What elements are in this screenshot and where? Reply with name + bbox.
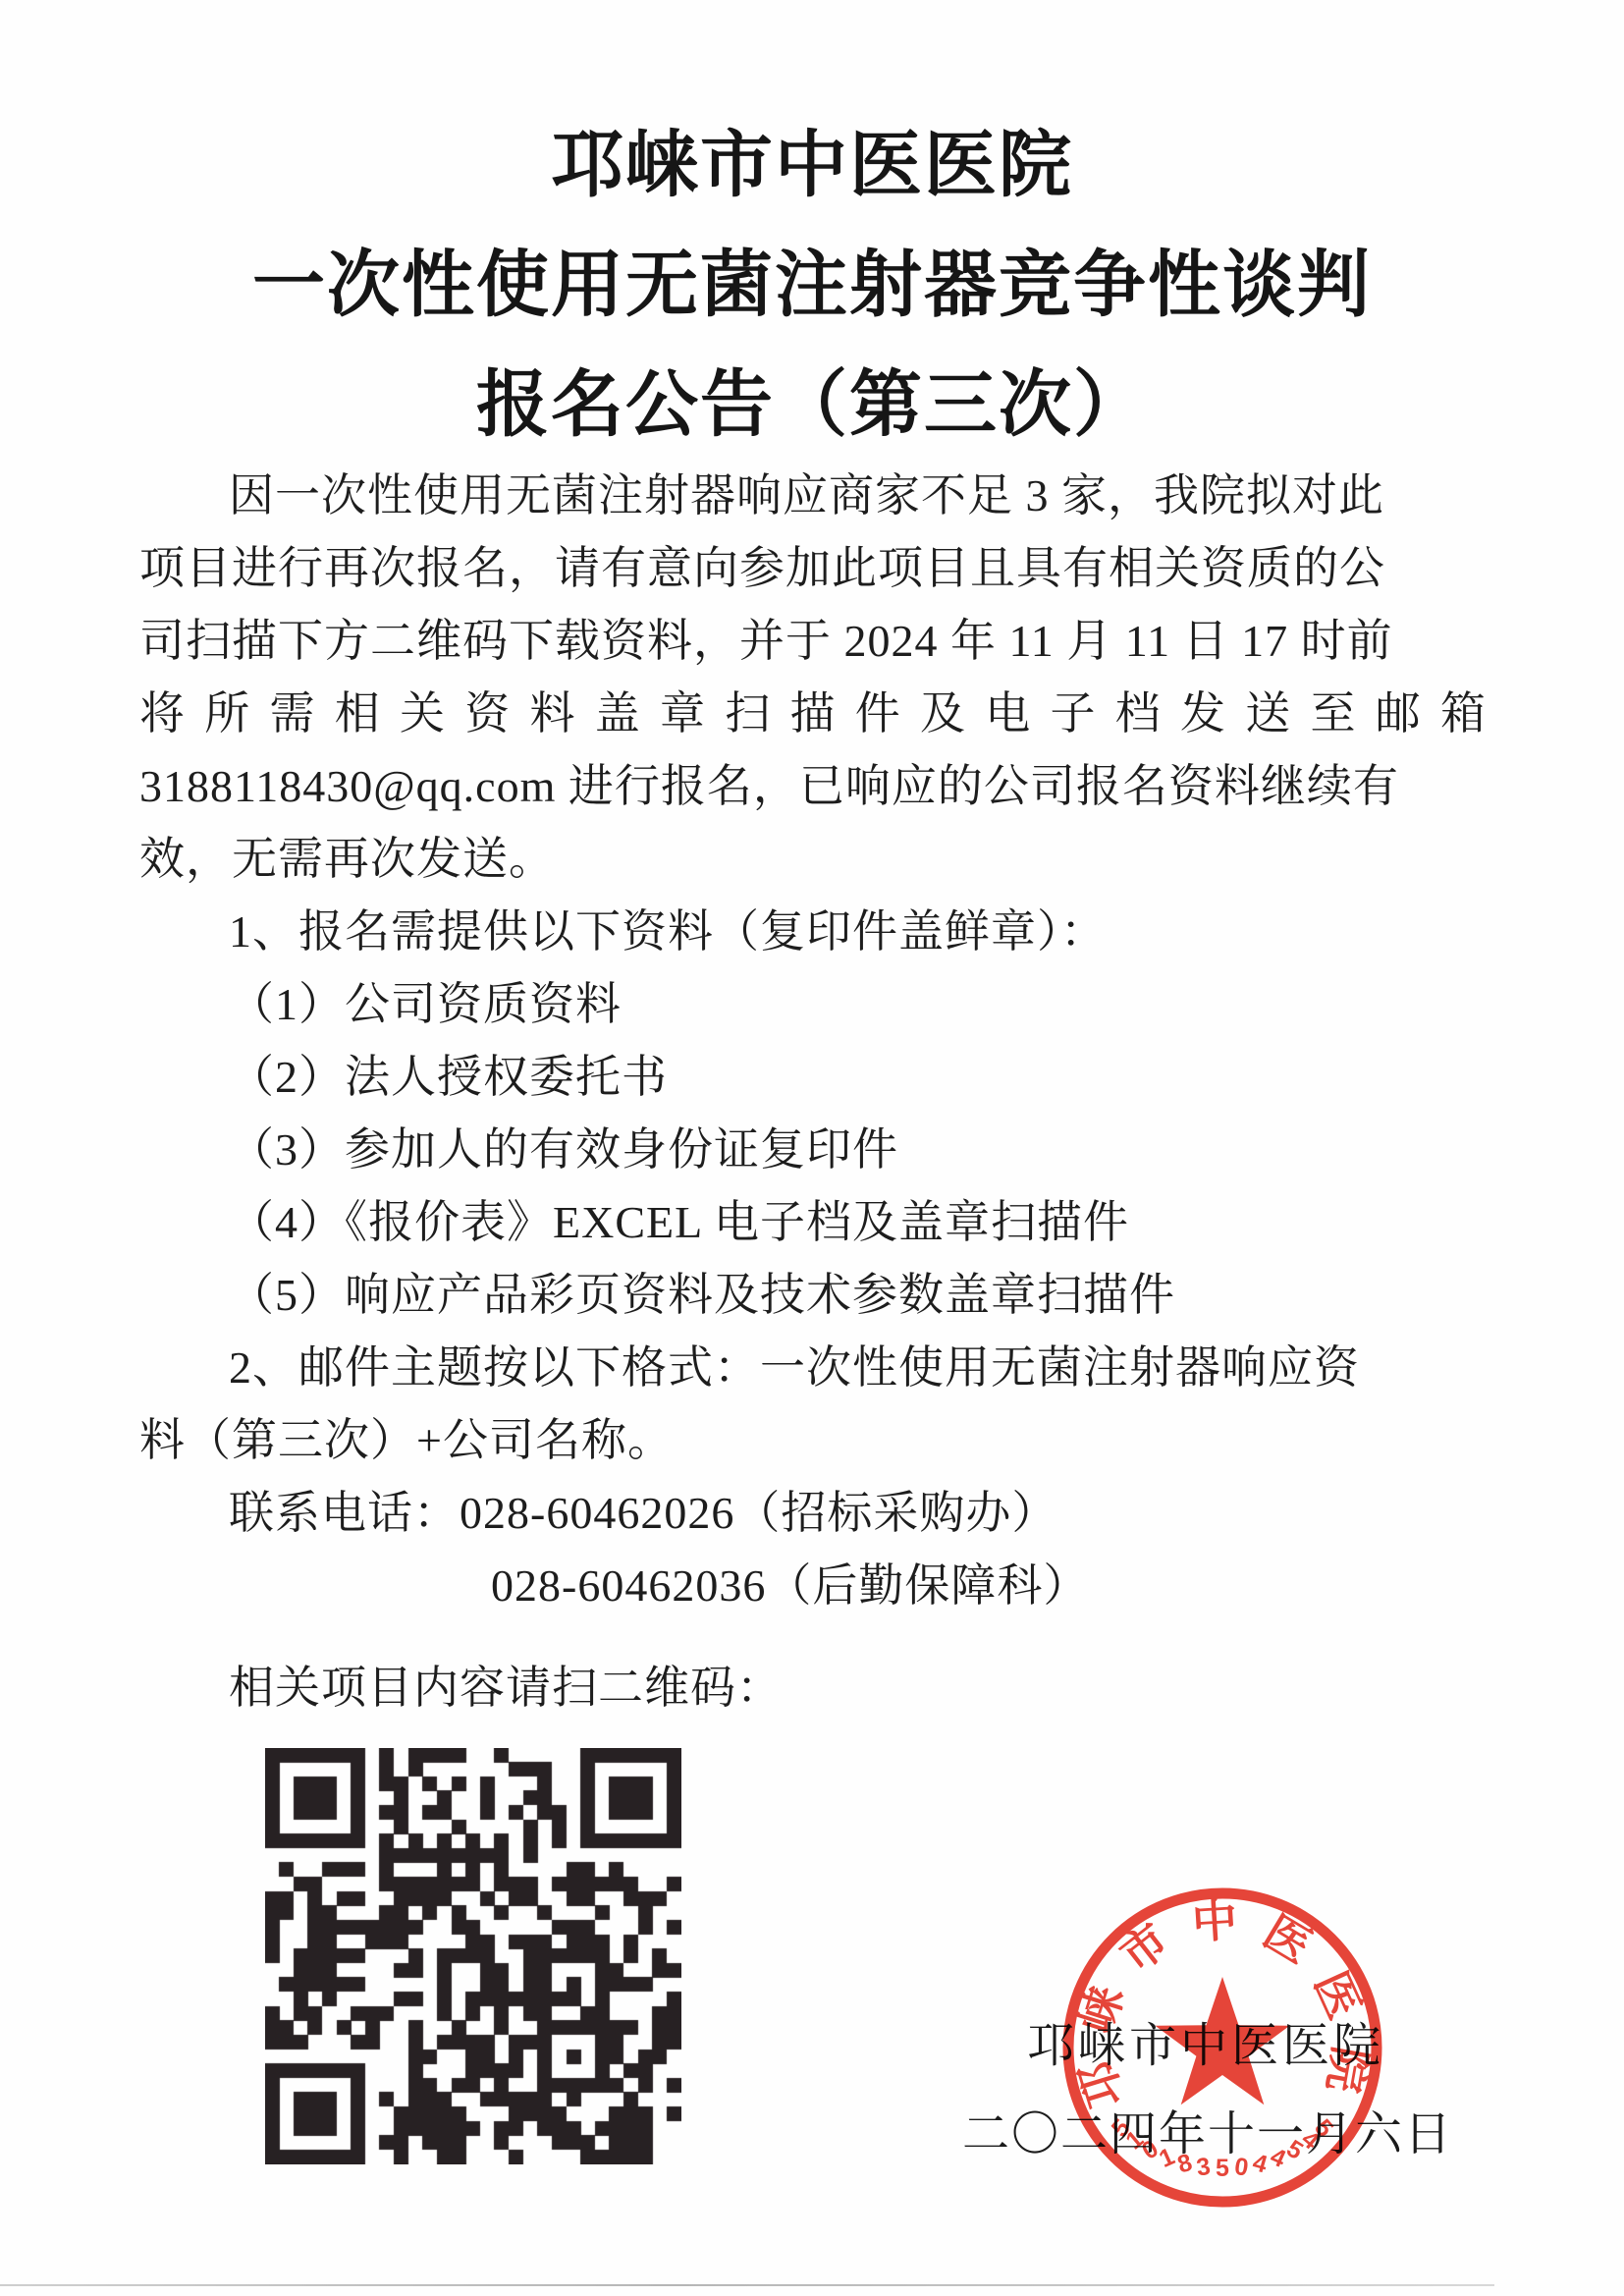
qr-instruction-label: 相关项目内容请扫二维码：	[139, 1652, 1487, 1724]
official-seal-stamp: 邛 崃 市 中 医 医 院 5 1 0 1 8 3 5 0 4 4 5 4 5	[1056, 1881, 1389, 2214]
body-line: 将所需相关资料盖章扫描件及电子档发送至邮箱	[139, 678, 1487, 750]
body-line: 料（第三次）+公司名称。	[139, 1404, 1487, 1477]
stamp-star-icon	[1156, 1977, 1290, 2105]
stamp-serial-digit: 3	[1195, 2153, 1213, 2182]
body-line-item-1-4: （4）《报价表》EXCEL 电子档及盖章扫描件	[139, 1186, 1487, 1259]
body-line-item-1-5: （5）响应产品彩页资料及技术参数盖章扫描件	[139, 1259, 1487, 1332]
stamp-serial-digit: 5	[1216, 2155, 1229, 2182]
contact-phone-bidding: 联系电话：028-60462026（招标采购办）	[139, 1477, 1487, 1550]
title-line-org: 邛崃市中医医院	[0, 106, 1624, 226]
scanned-announcement-page: 邛崃市中医医院 一次性使用无菌注射器竞争性谈判 报名公告（第三次） 因一次性使用…	[0, 0, 1624, 2296]
document-title: 邛崃市中医医院 一次性使用无菌注射器竞争性谈判 报名公告（第三次）	[0, 106, 1624, 465]
body-line: 3188118430@qq.com 进行报名，已响应的公司报名资料继续有	[139, 750, 1487, 823]
stamp-serial-digit: 8	[1174, 2149, 1195, 2179]
body-line: 效，无需再次发送。	[139, 823, 1487, 896]
stamp-arc-char: 院	[1318, 2043, 1376, 2096]
body-line-item-1-1: （1）公司资质资料	[139, 968, 1487, 1041]
qr-code	[265, 1748, 681, 2164]
document-body: 因一次性使用无菌注射器响应商家不足 3 家，我院拟对此 项目进行再次报名，请有意…	[139, 460, 1487, 1724]
body-line: 司扫描下方二维码下载资料，并于 2024 年 11 月 11 日 17 时前	[139, 605, 1487, 678]
body-line-item-2: 2、邮件主题按以下格式：一次性使用无菌注射器响应资	[139, 1332, 1487, 1404]
scanner-artifact-line	[0, 2284, 1494, 2286]
stamp-serial-digit: 0	[1232, 2153, 1250, 2182]
body-line-item-1-2: （2）法人授权委托书	[139, 1041, 1487, 1114]
title-line-project: 一次性使用无菌注射器竞争性谈判	[0, 226, 1624, 346]
stamp-arc-char: 市	[1110, 1914, 1177, 1982]
body-line-item-1-3: （3）参加人的有效身份证复印件	[139, 1114, 1487, 1186]
contact-phone-logistics: 028-60462036（后勤保障科）	[139, 1550, 1487, 1622]
stamp-serial-number: 5 1 0 1 8 3 5 0 4 4 5 4 5	[1107, 2114, 1339, 2182]
title-line-notice: 报名公告（第三次）	[0, 346, 1624, 465]
stamp-arc-char: 中	[1191, 1894, 1239, 1948]
body-line: 项目进行再次报名，请有意向参加此项目且具有相关资质的公	[139, 532, 1487, 605]
body-line: 因一次性使用无菌注射器响应商家不足 3 家，我院拟对此	[139, 460, 1487, 532]
body-line-item-1: 1、报名需提供以下资料（复印件盖鲜章）：	[139, 896, 1487, 968]
